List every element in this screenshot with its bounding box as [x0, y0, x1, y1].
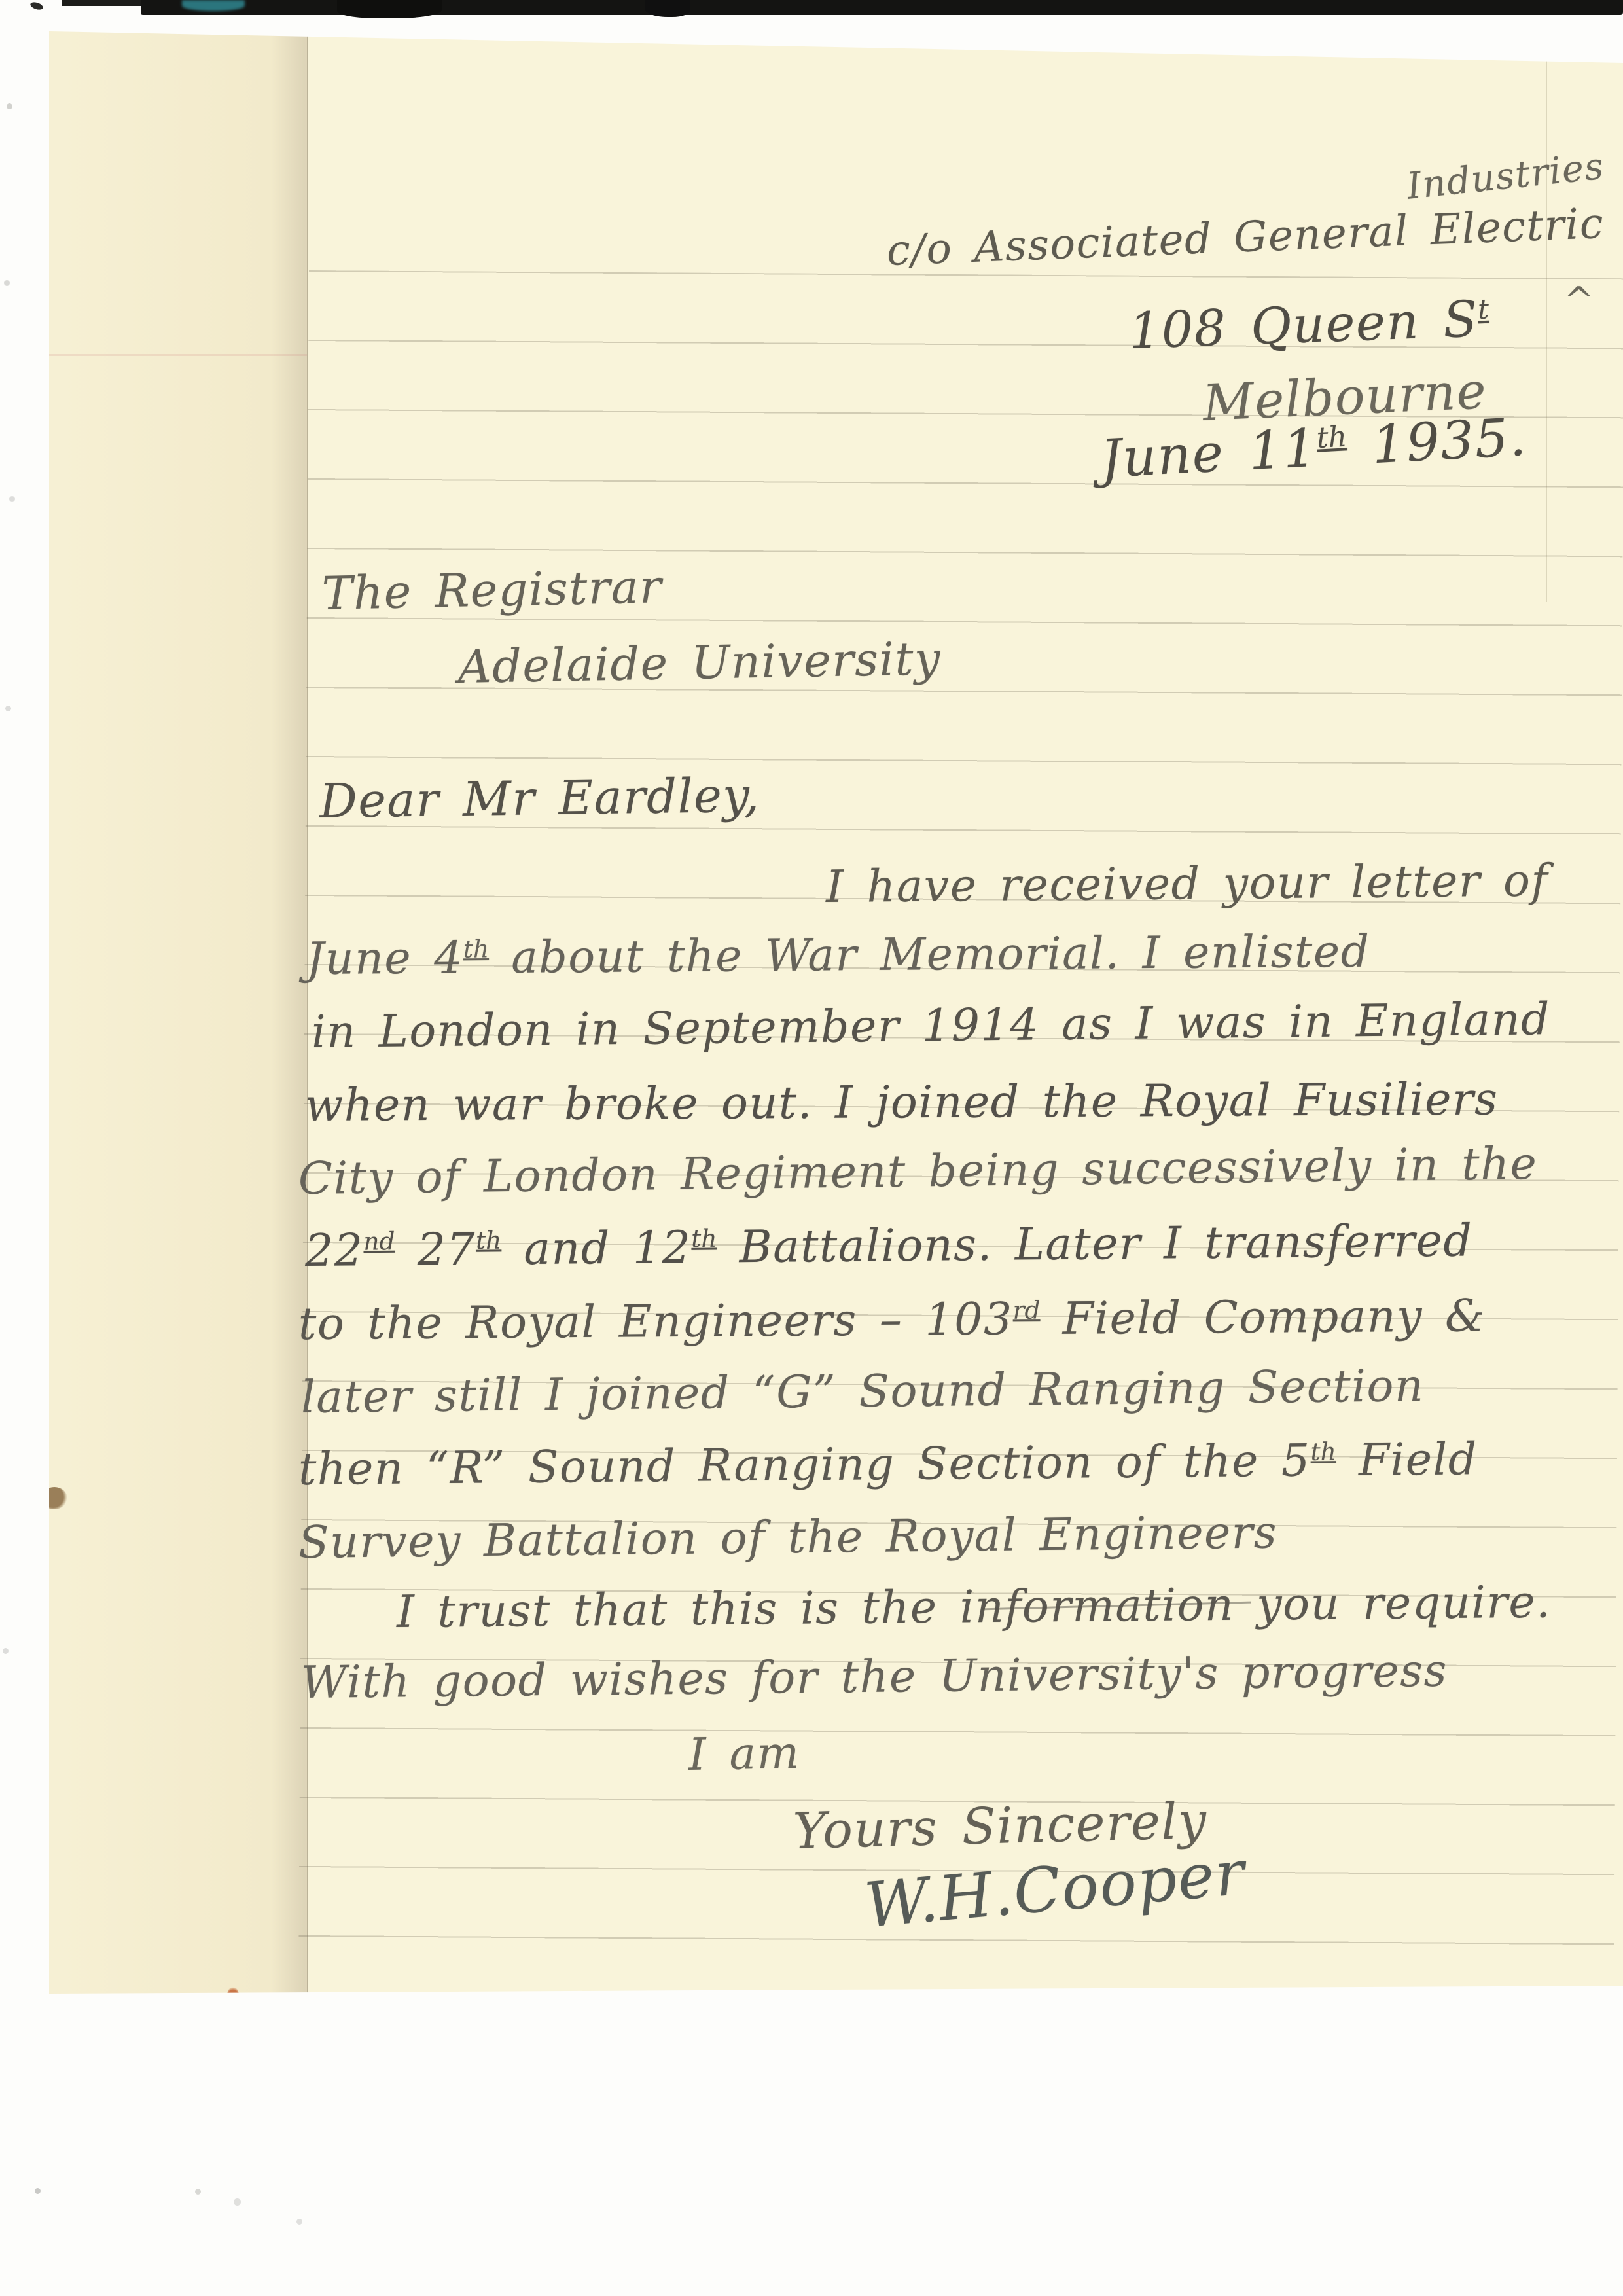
dark-smudge: [337, 0, 442, 18]
body-line: to the Royal Engineers – 103rd Field Com…: [298, 1294, 1486, 1347]
recipient-line: The Registrar: [321, 564, 662, 617]
body-line: 22nd 27th and 12th Battalions. Later I t…: [305, 1219, 1473, 1274]
ink-speck: [29, 1, 44, 11]
dark-smudge: [645, 0, 690, 17]
body-line: when war broke out. I joined the Royal F…: [305, 1077, 1499, 1128]
body-line: in London in September 1914 as I was in …: [312, 997, 1551, 1055]
insertion-caret: ^: [1564, 283, 1595, 318]
paper-stain-orange: [227, 1987, 239, 2003]
recipient-line: Adelaide University: [457, 636, 941, 690]
body-line: later still I joined “G” Sound Ranging S…: [301, 1364, 1425, 1420]
right-crease-line: [1546, 39, 1547, 602]
body-line: I trust that this is the information you…: [397, 1581, 1552, 1635]
header-street-line: 108 Queen St: [1128, 294, 1490, 356]
body-line: Survey Battalion of the Royal Engineers: [298, 1511, 1278, 1566]
scanner-dust-specks: [0, 0, 3, 3]
margin-bleed-line: [49, 354, 307, 356]
scanner-edge-strip-thin: [62, 0, 151, 6]
paper-stain-brown: [41, 1487, 67, 1509]
salutation-line: Dear Mr Eardley,: [319, 772, 760, 825]
paper-fold-margin: [49, 26, 307, 1998]
teal-ink-smudge: [182, 0, 245, 11]
body-line: I have received your letter of: [826, 859, 1549, 910]
body-line: then “R” Sound Ranging Section of the 5t…: [298, 1437, 1478, 1492]
body-line: With good wishes for the University's pr…: [301, 1649, 1448, 1706]
closing-i-am: I am: [688, 1731, 800, 1778]
body-line: June 4th about the War Memorial. I enlis…: [306, 930, 1370, 982]
scanned-letter-page: Industries c/o Associated General Electr…: [0, 0, 1623, 2296]
